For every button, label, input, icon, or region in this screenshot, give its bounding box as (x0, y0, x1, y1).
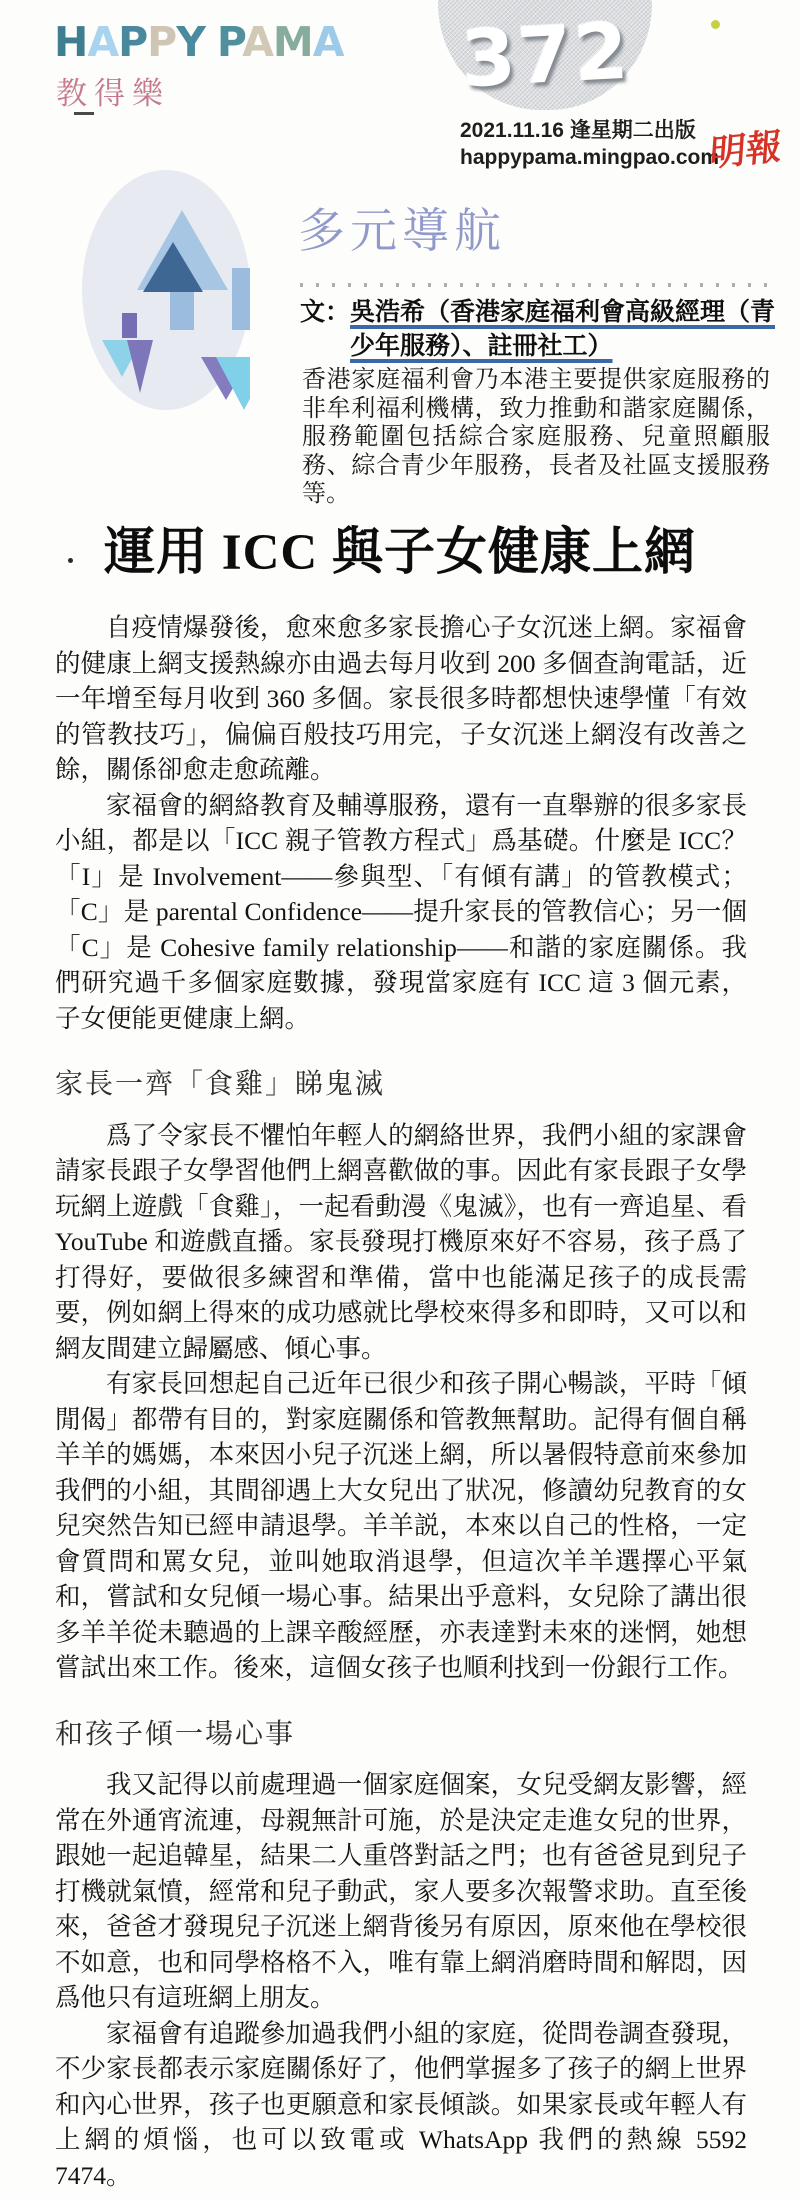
column-name: 多元導航 (298, 194, 506, 261)
issue-number: 372 (458, 0, 632, 105)
paragraph: 家福會有追蹤參加過我們小組的家庭，從問卷調查發現，不少家長都表示家庭關係好了，他… (55, 2016, 747, 2194)
paragraph: 有家長回想起自己近年已很少和孩子開心暢談，平時「傾閒偈」都帶有目的，對家庭關係和… (55, 1366, 747, 1686)
dotted-separator (300, 283, 768, 287)
newspaper-page: HAPPYPAMA 教得樂 372 2021.11.16 逢星期二出版 happ… (0, 0, 800, 2200)
logo-underline-dash (74, 112, 94, 115)
logo-letter: A (313, 18, 344, 66)
paragraph: 爲了令家長不懼怕年輕人的網絡世界，我們小組的家課會請家長跟子女學習他們上網喜歡做… (55, 1118, 747, 1367)
article-body: 自疫情爆發後，愈來愈多家長擔心子女沉迷上網。家福會的健康上網支援熱線亦由過去每月… (55, 610, 747, 2193)
website-url: happypama.mingpao.com (460, 144, 719, 171)
logo-letter: Y (176, 18, 205, 66)
byline-author: 吳浩希（香港家庭福利會高級經理（青少年服務）、註冊社工） (350, 295, 776, 363)
column-intro: 香港家庭福利會乃本港主要提供家庭服務的非牟利福利機構，致力推動和諧家庭關係，服務… (302, 366, 770, 509)
logo-letter: M (273, 18, 313, 66)
scan-artifact-dot (68, 558, 73, 563)
subheading: 家長一齊「食雞」睇鬼滅 (55, 1066, 747, 1102)
logo-letter: A (242, 18, 273, 66)
paragraph: 我又記得以前處理過一個家庭個案，女兒受網友影響，經常在外通宵流連，母親無計可施，… (55, 1767, 747, 2016)
mingpao-logo: 明報 (708, 118, 783, 177)
byline-label: 文： (300, 295, 350, 363)
paragraph: 家福會的網絡教育及輔導服務，還有一直舉辦的很多家長小組，都是以「ICC 親子管教… (55, 788, 747, 1037)
green-dot-mark (711, 20, 720, 29)
paragraph: 自疫情爆發後，愈來愈多家長擔心子女沉迷上網。家福會的健康上網支援熱線亦由過去每月… (55, 610, 747, 788)
logo-letter: P (118, 18, 147, 66)
logo-letter: H (54, 18, 87, 66)
publication-info: 2021.11.16 逢星期二出版 happypama.mingpao.com (460, 117, 719, 171)
article-title: 運用 ICC 與子女健康上網 (40, 510, 760, 584)
logo-subtitle: 教得樂 (56, 68, 170, 113)
happypama-logo: HAPPYPAMA (54, 18, 343, 66)
logo-letter: P (217, 18, 242, 66)
logo-letter: P (147, 18, 176, 66)
issue-badge: 372 (438, 0, 652, 110)
byline: 文： 吳浩希（香港家庭福利會高級經理（青少年服務）、註冊社工） (300, 295, 776, 363)
arrows-icon (66, 156, 250, 428)
publish-date: 2021.11.16 逢星期二出版 (460, 117, 719, 144)
subheading: 和孩子傾一場心事 (55, 1716, 747, 1752)
logo-letter: A (87, 18, 118, 66)
